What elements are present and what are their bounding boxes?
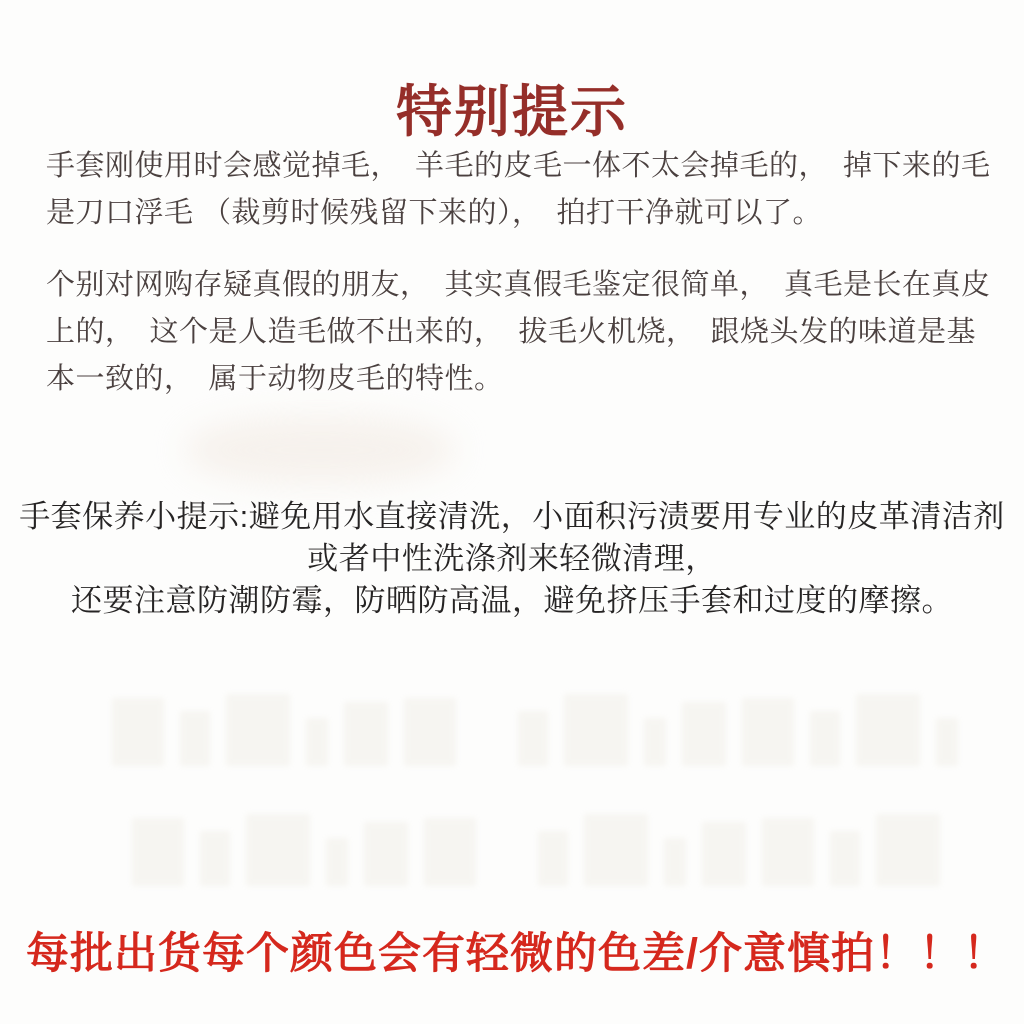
faded-watermark-smudge bbox=[185, 415, 455, 485]
paragraph-fur-shedding: 手套刚使用时会感觉掉毛， 羊毛的皮毛一体不太会掉毛的， 掉下来的毛 是刀口浮毛 … bbox=[46, 143, 1004, 237]
paragraph-line: 本一致的， 属于动物皮毛的特性。 bbox=[46, 356, 1004, 403]
care-tips-line: 还要注意防潮防霉，防晒防高温，避免挤压手套和过度的摩擦。 bbox=[0, 580, 1024, 622]
ghost-watermark-row bbox=[112, 694, 958, 766]
care-tips-block: 手套保养小提示:避免用水直接清洗，小面积污渍要用专业的皮革清洁剂 或者中性洗涤剂… bbox=[0, 496, 1024, 622]
color-difference-warning: 每批出货每个颜色会有轻微的色差/介意慎拍！！！ bbox=[26, 920, 1007, 981]
paragraph-line: 个别对网购存疑真假的朋友， 其实真假毛鉴定很简单， 真毛是长在真皮 bbox=[46, 262, 1004, 309]
product-notice-image: 特别提示 手套刚使用时会感觉掉毛， 羊毛的皮毛一体不太会掉毛的， 掉下来的毛 是… bbox=[0, 0, 1024, 1024]
paragraph-line: 手套刚使用时会感觉掉毛， 羊毛的皮毛一体不太会掉毛的， 掉下来的毛 bbox=[46, 143, 1004, 190]
care-tips-line: 或者中性洗涤剂来轻微清理， bbox=[0, 538, 1024, 580]
paragraph-fur-authentication: 个别对网购存疑真假的朋友， 其实真假毛鉴定很简单， 真毛是长在真皮 上的， 这个… bbox=[46, 262, 1004, 403]
ghost-watermark-row bbox=[132, 814, 940, 886]
page-title: 特别提示 bbox=[0, 68, 1024, 148]
care-tips-line: 手套保养小提示:避免用水直接清洗，小面积污渍要用专业的皮革清洁剂 bbox=[0, 496, 1024, 538]
paragraph-line: 是刀口浮毛 （裁剪时候残留下来的）， 拍打干净就可以了。 bbox=[46, 190, 1004, 237]
paragraph-line: 上的， 这个是人造毛做不出来的， 拔毛火机烧， 跟烧头发的味道是基 bbox=[46, 309, 1004, 356]
